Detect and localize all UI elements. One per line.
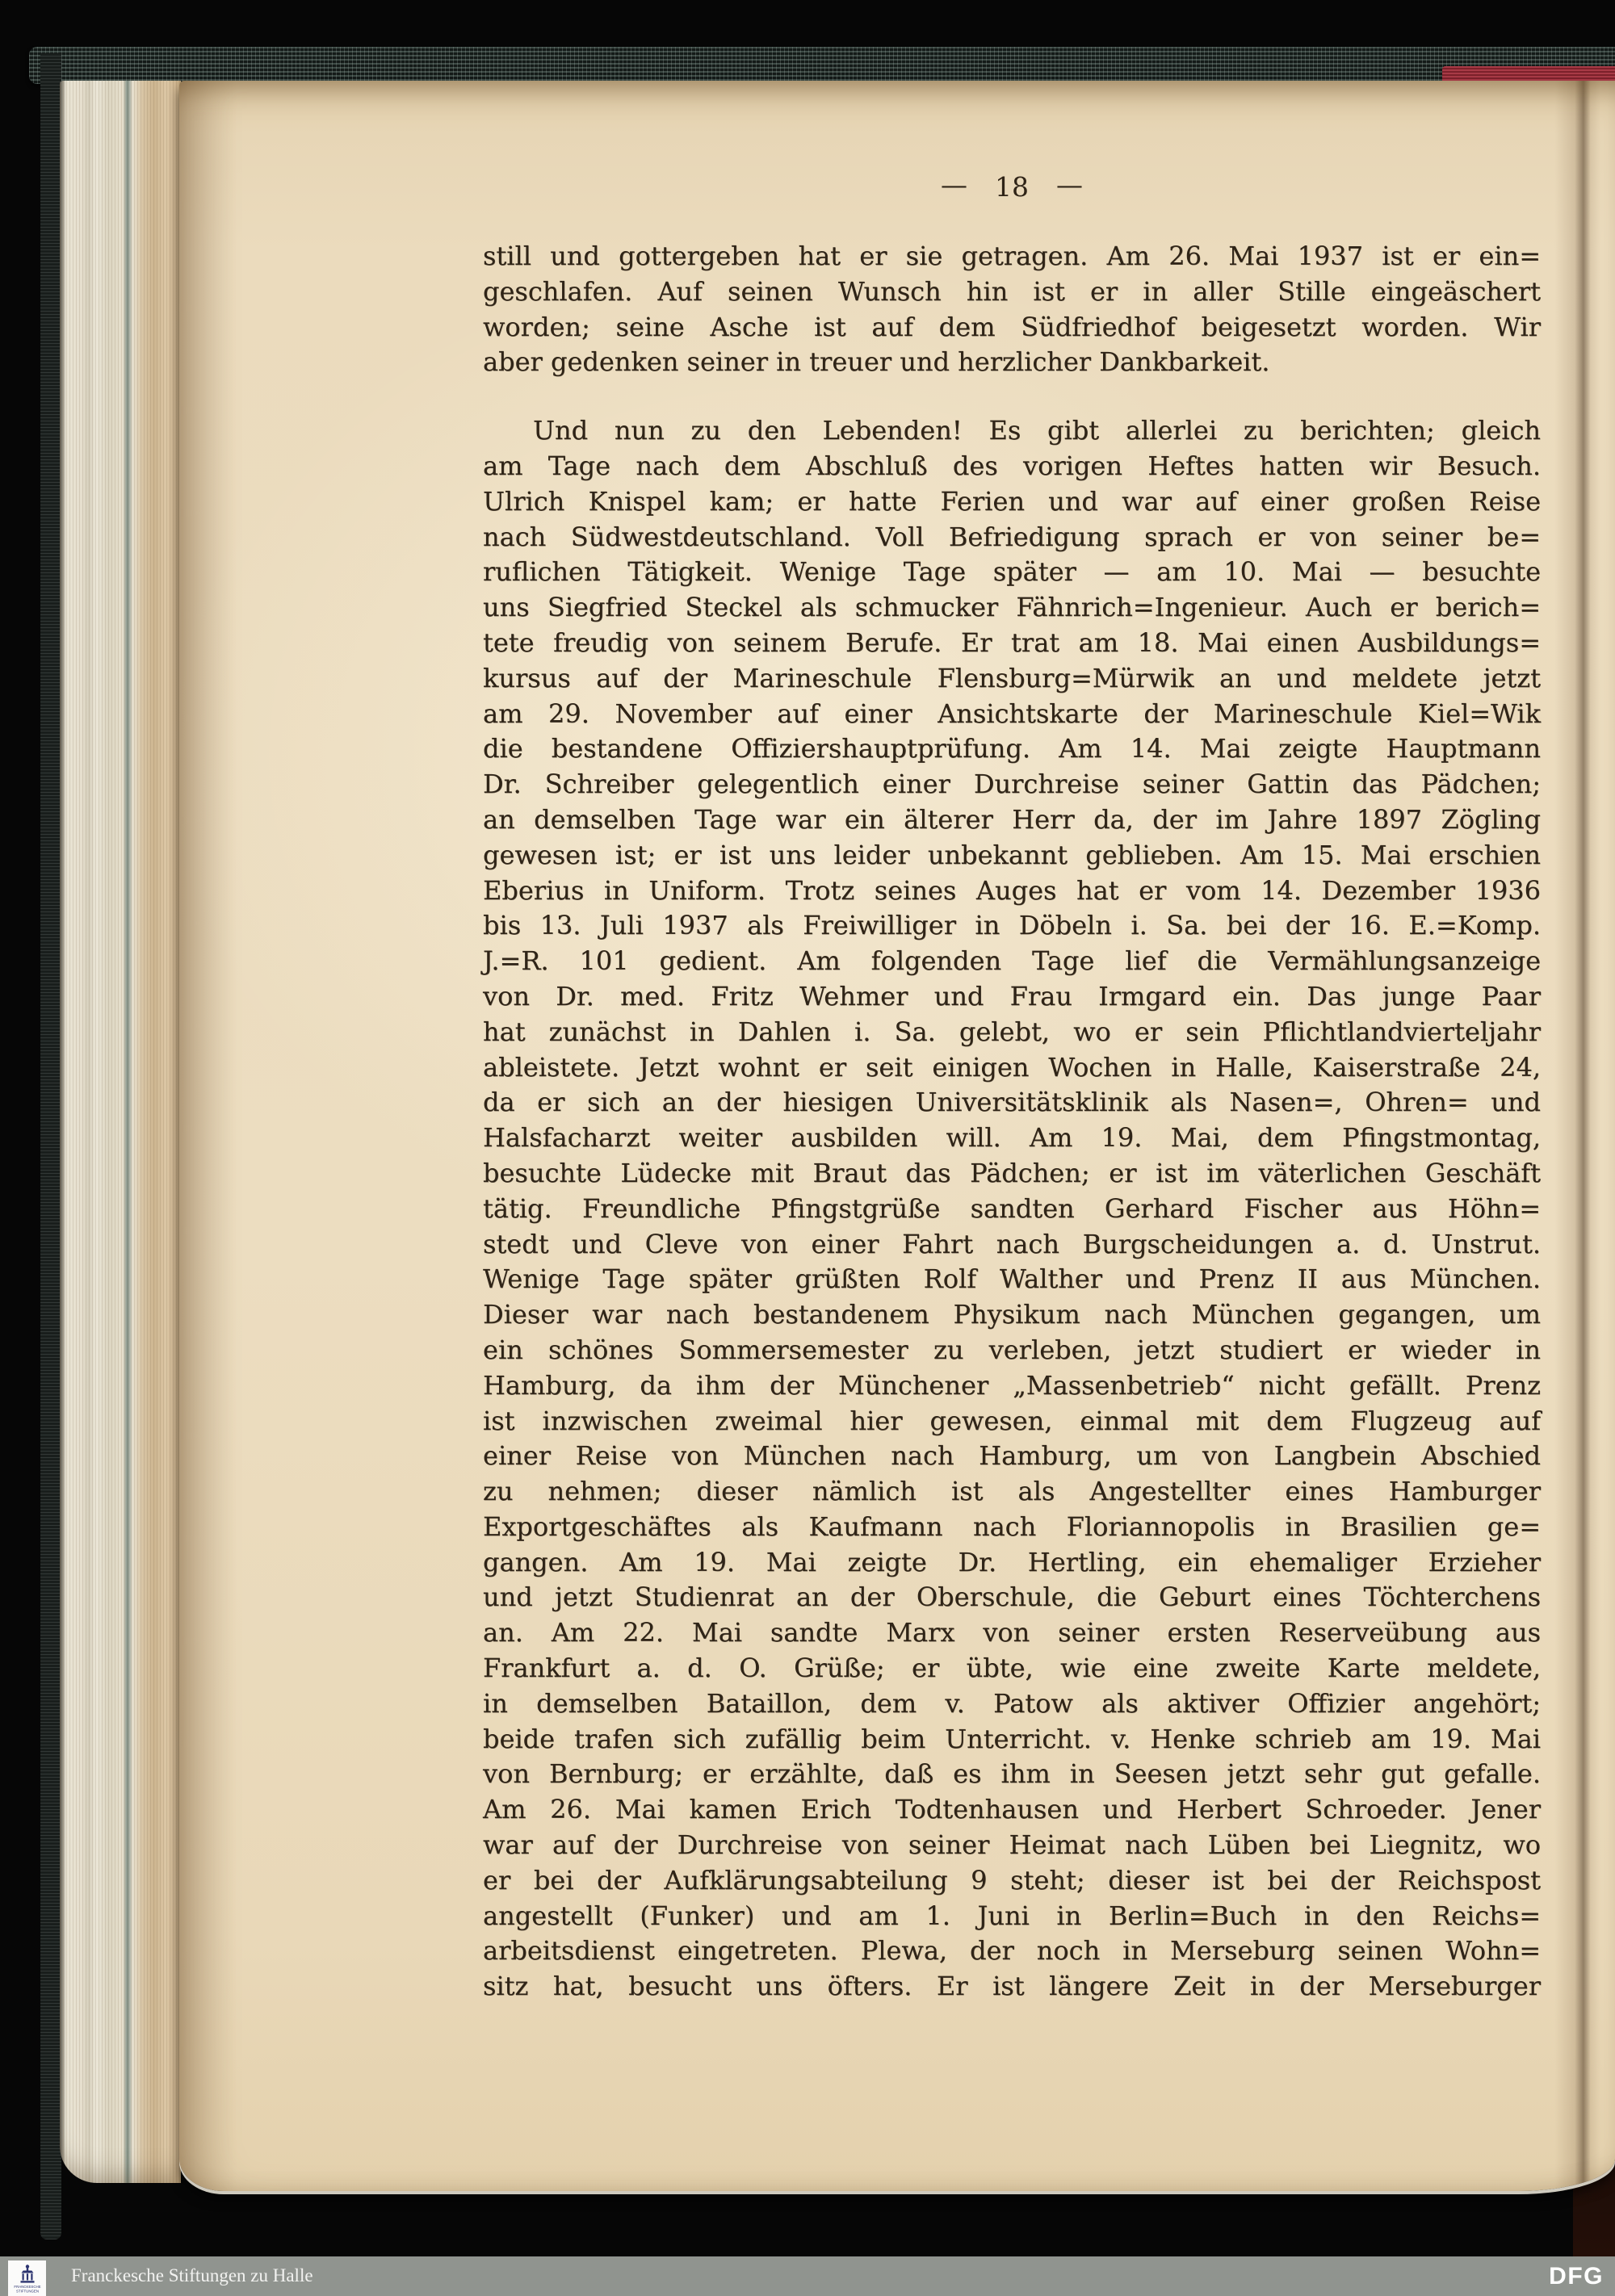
text-line: ruflichen Tätigkeit. Wenige Tage später … (483, 555, 1541, 590)
text-line: an. Am 22. Mai sandte Marx von seiner er… (483, 1615, 1541, 1651)
text-line: und jetzt Studienrat an der Oberschule, … (483, 1580, 1541, 1615)
text-line: Ulrich Knispel kam; er hatte Ferien und … (483, 484, 1541, 520)
book-cover-left-edge (40, 53, 61, 2239)
text-line: J.=R. 101 gedient. Am folgenden Tage lie… (483, 944, 1541, 979)
text-line: zu nehmen; dieser nämlich ist als Angest… (483, 1474, 1541, 1510)
text-line: am Tage nach dem Abschluß des vorigen He… (483, 449, 1541, 484)
text-line: worden; seine Asche ist auf dem Südfried… (483, 310, 1541, 346)
page-number-dash-left: — (941, 167, 967, 203)
book-page: —18— still und gottergeben hat er sie ge… (179, 81, 1615, 2191)
text-line: am 29. November auf einer Ansichtskarte … (483, 697, 1541, 732)
text-line: gangen. Am 19. Mai zeigte Dr. Hertling, … (483, 1545, 1541, 1581)
book-binding-top (29, 47, 1615, 84)
text-line: er bei der Aufklärungsabteilung 9 steht;… (483, 1863, 1541, 1899)
text-line: Und nun zu den Lebenden! Es gibt allerle… (483, 413, 1541, 449)
paragraph: Und nun zu den Lebenden! Es gibt allerle… (483, 413, 1541, 2005)
text-line: tete freudig von seinem Berufe. Er trat … (483, 626, 1541, 661)
text-line: beide trafen sich zufällig beim Unterric… (483, 1722, 1541, 1758)
text-line: tätig. Freundliche Pfingstgrüße sandten … (483, 1192, 1541, 1227)
text-line: uns Siegfried Steckel als schmucker Fähn… (483, 590, 1541, 626)
text-line: sitz hat, besucht uns öfters. Er ist län… (483, 1969, 1541, 2005)
text-line: aber gedenken seiner in treuer und herzl… (483, 345, 1541, 380)
dfg-logo: DFG (1549, 2256, 1604, 2296)
text-line: Hamburg, da ihm der Münchener „Massenbet… (483, 1368, 1541, 1404)
text-line: ist inzwischen zweimal hier gewesen, ein… (483, 1404, 1541, 1439)
text-line: Dieser war nach bestandenem Physikum nac… (483, 1297, 1541, 1333)
text-line: Am 26. Mai kamen Erich Todtenhausen und … (483, 1792, 1541, 1828)
text-line: angestellt (Funker) und am 1. Juni in Be… (483, 1899, 1541, 1934)
text-line: Eberius in Uniform. Trotz seines Auges h… (483, 874, 1541, 909)
text-line: einer Reise von München nach Hamburg, um… (483, 1439, 1541, 1474)
text-line: geschlafen. Auf seinen Wunsch hin ist er… (483, 274, 1541, 310)
institution-logo: FRANCKESCHE STIFTUNGEN (8, 2260, 46, 2296)
text-line: Dr. Schreiber gelegentlich einer Durchre… (483, 767, 1541, 802)
text-line: von Bernburg; er erzählte, daß es ihm in… (483, 1757, 1541, 1792)
text-line: Exportgeschäftes als Kaufmann nach Flori… (483, 1510, 1541, 1545)
page-number: —18— (483, 170, 1541, 205)
franckesche-stiftungen-icon: FRANCKESCHE STIFTUNGEN (10, 2262, 44, 2294)
text-line: hat zunächst in Dahlen i. Sa. gelebt, wo… (483, 1015, 1541, 1050)
text-line: in demselben Bataillon, dem v. Patow als… (483, 1686, 1541, 1722)
text-line: die bestandene Offiziershauptprüfung. Am… (483, 731, 1541, 767)
text-line: still und gottergeben hat er sie getrage… (483, 239, 1541, 274)
text-line: gewesen ist; er ist uns leider unbekannt… (483, 838, 1541, 874)
institution-name: Franckesche Stiftungen zu Halle (71, 2256, 313, 2296)
text-line: war auf der Durchreise von seiner Heimat… (483, 1828, 1541, 1863)
text-line: ableistete. Jetzt wohnt er seit einigen … (483, 1050, 1541, 1086)
text-line: ein schönes Sommersemester zu verleben, … (483, 1333, 1541, 1368)
scan-backdrop: —18— still und gottergeben hat er sie ge… (0, 0, 1615, 2296)
text-line: besuchte Lüdecke mit Braut das Pädchen; … (483, 1156, 1541, 1192)
viewer-footer: FRANCKESCHE STIFTUNGEN Franckesche Stift… (0, 2256, 1615, 2296)
logo-text-line1: FRANCKESCHE (14, 2285, 40, 2289)
page-number-dash-right: — (1056, 167, 1083, 203)
text-line: Frankfurt a. d. O. Grüße; er übte, wie e… (483, 1651, 1541, 1686)
text-line: arbeitsdienst eingetreten. Plewa, der no… (483, 1934, 1541, 1969)
text-line: Wenige Tage später grüßten Rolf Walther … (483, 1262, 1541, 1297)
text-block: still und gottergeben hat er sie getrage… (483, 239, 1541, 2005)
paragraph: still und gottergeben hat er sie getrage… (483, 239, 1541, 380)
logo-text-line2: STIFTUNGEN (15, 2290, 38, 2294)
page-stack-edges (60, 81, 181, 2183)
text-line: da er sich an der hiesigen Universitätsk… (483, 1085, 1541, 1121)
text-line: stedt und Cleve von einer Fahrt nach Bur… (483, 1227, 1541, 1263)
text-line: Halsfacharzt weiter ausbilden will. Am 1… (483, 1121, 1541, 1156)
text-line: an demselben Tage war ein älterer Herr d… (483, 802, 1541, 838)
text-line: bis 13. Juli 1937 als Freiwilliger in Dö… (483, 908, 1541, 944)
text-line: nach Südwestdeutschland. Voll Befriedigu… (483, 520, 1541, 555)
text-line: von Dr. med. Fritz Wehmer und Frau Irmga… (483, 979, 1541, 1015)
page-number-value: 18 (995, 171, 1029, 203)
text-line: kursus auf der Marineschule Flensburg=Mü… (483, 661, 1541, 697)
